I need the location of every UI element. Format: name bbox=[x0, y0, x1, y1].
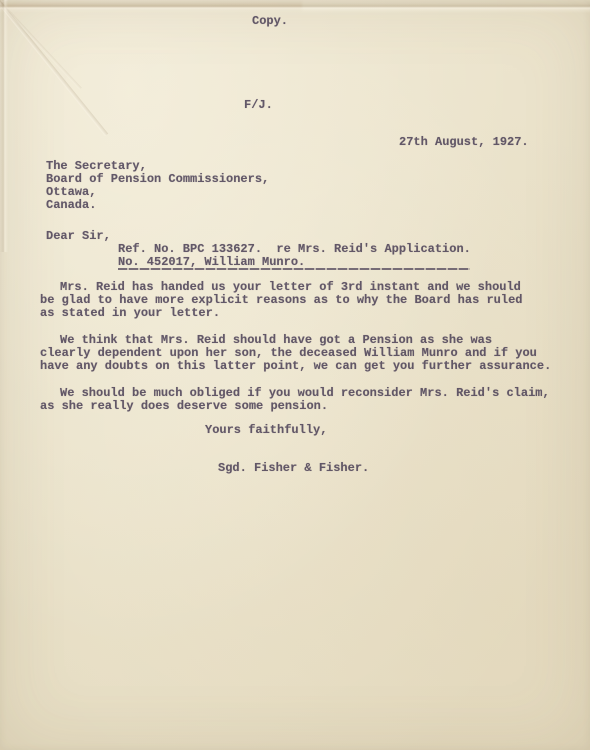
fold-crease-top-left bbox=[0, 0, 70, 3]
paragraph-line: as stated in your letter. bbox=[40, 307, 220, 320]
paragraph-line: as she really does deserve some pension. bbox=[40, 400, 328, 413]
recipient-line: Canada. bbox=[46, 199, 96, 212]
fold-crease-horizontal bbox=[0, 0, 590, 13]
stain-band bbox=[0, 0, 302, 12]
subject-case-line: No. 452017, William Munro. bbox=[118, 256, 305, 269]
file-reference: F/J. bbox=[244, 99, 273, 112]
letter-scan: Copy. F/J. 27th August, 1927. The Secret… bbox=[0, 0, 590, 750]
fold-crease-top-right-secondary bbox=[0, 0, 82, 90]
date-line: 27th August, 1927. bbox=[399, 136, 529, 149]
paragraph-line: have any doubts on this latter point, we… bbox=[40, 360, 551, 373]
copy-label: Copy. bbox=[252, 15, 288, 28]
fold-crease-top-right bbox=[0, 0, 108, 136]
salutation: Dear Sir, bbox=[46, 230, 111, 243]
signature-line: Sgd. Fisher & Fisher. bbox=[218, 462, 369, 475]
complimentary-close: Yours faithfully, bbox=[205, 424, 327, 437]
fold-crease-vertical bbox=[0, 0, 8, 252]
